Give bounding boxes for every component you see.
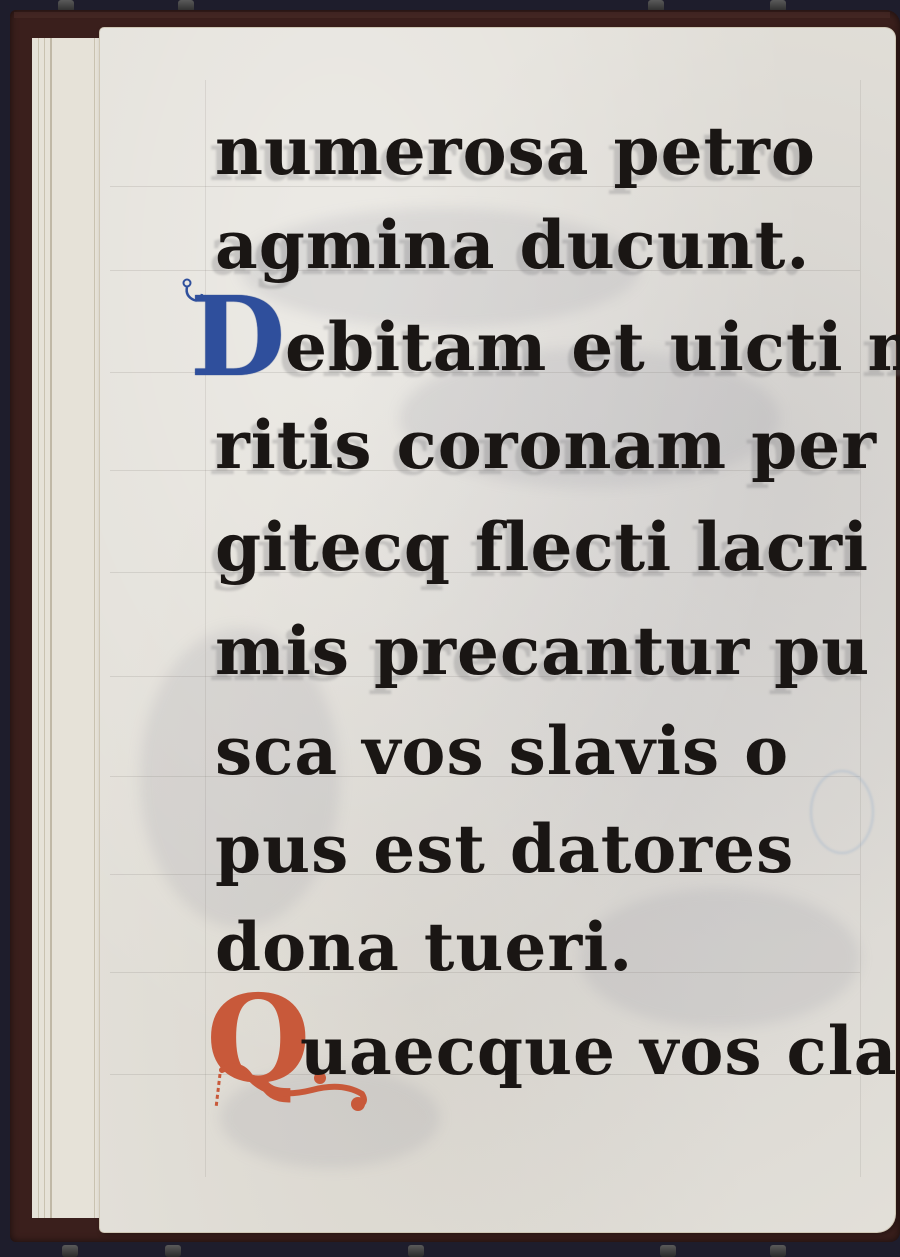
text-line-content: agmina ducunt.: [215, 206, 810, 284]
bottom-clip-2: [165, 1245, 181, 1257]
page-leaf-shadow: [50, 38, 52, 1218]
page-leaf-line: [94, 38, 95, 1218]
text-line-content: numerosa petro: [215, 112, 816, 190]
text-line-content: ebitam et uicti me: [285, 308, 900, 386]
text-line-1: numerosa petro numerosa petro: [215, 118, 816, 218]
text-line-3: ebitam et uicti me ebitam et uicti me: [285, 314, 900, 414]
binding-edge: [14, 12, 890, 18]
bottom-clip-1: [62, 1245, 78, 1257]
initial-flourish-icon: [182, 278, 204, 304]
manuscript-photo: numerosa petro numerosa petro agmina duc…: [0, 0, 900, 1257]
bottom-clip-5: [770, 1245, 786, 1257]
text-line-10: uaecque vos cla: [300, 1018, 898, 1118]
bottom-clip-3: [408, 1245, 424, 1257]
text-line-content: sca vos slavis o: [215, 712, 789, 790]
text-line-content: uaecque vos cla: [300, 1012, 898, 1090]
page-leaf-line: [44, 38, 45, 1218]
blue-smudge: [810, 770, 874, 854]
text-line-content: ritis coronam per: [215, 406, 877, 484]
text-line-content: pus est datores: [215, 810, 794, 888]
text-line-4: ritis coronam per ritis coronam per: [215, 412, 877, 512]
text-line-5: gitecq flecti lacri gitecq flecti lacri: [215, 514, 869, 614]
page-leaf-line: [38, 38, 39, 1218]
text-line-8: pus est datores: [215, 816, 794, 916]
text-line-2: agmina ducunt. agmina ducunt.: [215, 212, 810, 312]
text-line-7: sca vos slavis o: [215, 718, 789, 818]
illuminated-initial-d: D: [190, 282, 285, 392]
text-line-6: mis precantur pu mis precantur pu: [215, 618, 870, 718]
text-line-content: gitecq flecti lacri: [215, 508, 869, 586]
text-line-content: mis precantur pu: [215, 612, 870, 690]
bottom-clip-4: [660, 1245, 676, 1257]
